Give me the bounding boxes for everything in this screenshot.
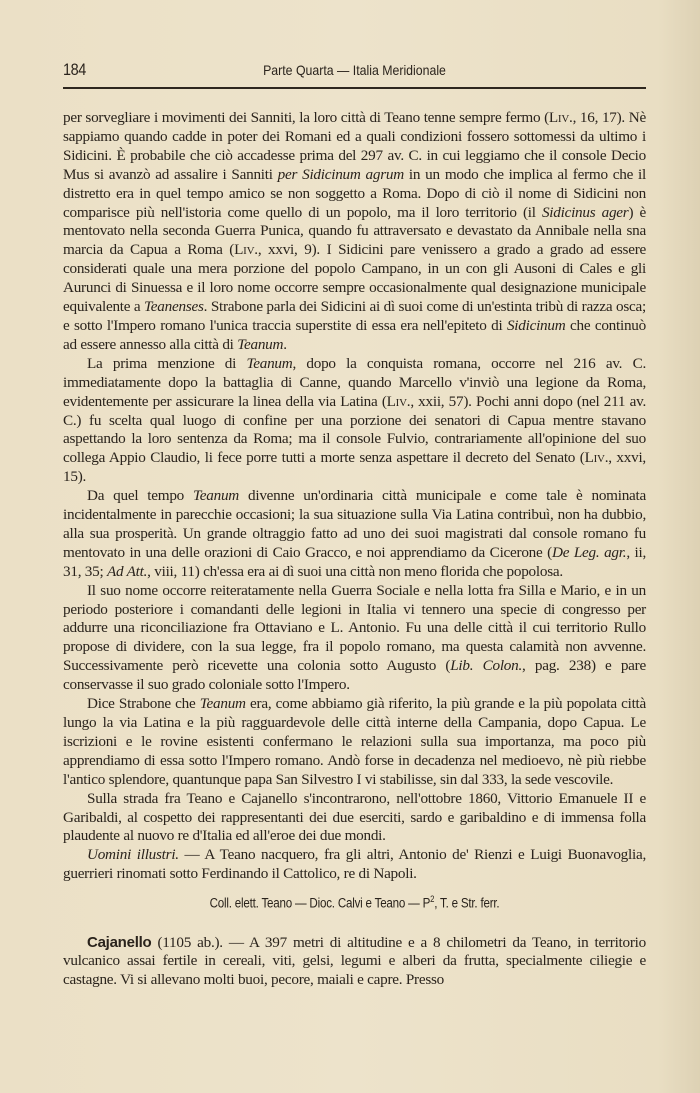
italic-text: Uomini illustri.	[87, 846, 179, 863]
text-run: , viii, 11) ch'essa era ai dì suoi una c…	[147, 563, 563, 580]
italic-text: Sidicinum	[507, 317, 566, 334]
running-head: 184 Parte Quarta — Italia Meridionale	[63, 60, 646, 82]
small-caps-text: Liv.	[387, 393, 411, 410]
italic-text: Teanum	[237, 336, 283, 353]
paragraph: Uomini illustri. — A Teano nacquero, fra…	[63, 846, 646, 884]
italic-text: Sidicinus ager	[542, 204, 629, 221]
italic-text: Teanum	[193, 487, 239, 504]
italic-text: Ad Att.	[107, 563, 147, 580]
italic-text: Teanum	[246, 355, 292, 372]
paragraph: La prima menzione di Teanum, dopo la con…	[63, 355, 646, 487]
italic-text: Teanum	[200, 695, 246, 712]
italic-text: De Leg. agr.	[552, 544, 626, 561]
entry-text: (1105 ab.). — A 397 metri di altitudine …	[63, 934, 646, 989]
small-caps-text: Liv.	[234, 241, 258, 258]
italic-text: Lib. Colon.	[450, 657, 522, 674]
colophon: Coll. elett. Teano — Dioc. Calvi e Teano…	[104, 890, 605, 913]
italic-text: per Sidicinum agrum	[278, 166, 404, 183]
entry-paragraph: Cajanello (1105 ab.). — A 397 metri di a…	[63, 934, 646, 991]
paragraph: Dice Strabone che Teanum era, come abbia…	[63, 695, 646, 790]
text-run: Dice Strabone che	[87, 695, 200, 712]
colophon-text-after: , T. e Str. ferr.	[434, 896, 499, 911]
running-title: Parte Quarta — Italia Meridionale	[98, 62, 611, 78]
header-rule	[63, 87, 646, 89]
entry-name: Cajanello	[87, 934, 151, 951]
text-run: per sorvegliare i movimenti dei Sanniti,…	[63, 109, 549, 126]
colophon-text-before: Coll. elett. Teano — Dioc. Calvi e Teano…	[210, 896, 430, 911]
paragraph: Sulla strada fra Teano e Cajanello s'inc…	[63, 790, 646, 847]
text-run: Da quel tempo	[87, 487, 193, 504]
paragraph: per sorvegliare i movimenti dei Sanniti,…	[63, 109, 646, 355]
paragraph: Da quel tempo Teanum divenne un'ordinari…	[63, 487, 646, 582]
body-text: per sorvegliare i movimenti dei Sanniti,…	[63, 109, 646, 990]
small-caps-text: Liv.	[585, 449, 609, 466]
text-run: Sulla strada fra Teano e Cajanello s'inc…	[63, 790, 646, 845]
text-run: .	[283, 336, 287, 353]
italic-text: Teanenses	[144, 298, 204, 315]
text-run: La prima menzione di	[87, 355, 246, 372]
paragraph: Il suo nome occorre reiteratamente nella…	[63, 582, 646, 695]
book-page: 184 Parte Quarta — Italia Meridionale pe…	[63, 60, 646, 82]
page-number: 184	[63, 60, 86, 80]
small-caps-text: Liv.	[549, 109, 573, 126]
